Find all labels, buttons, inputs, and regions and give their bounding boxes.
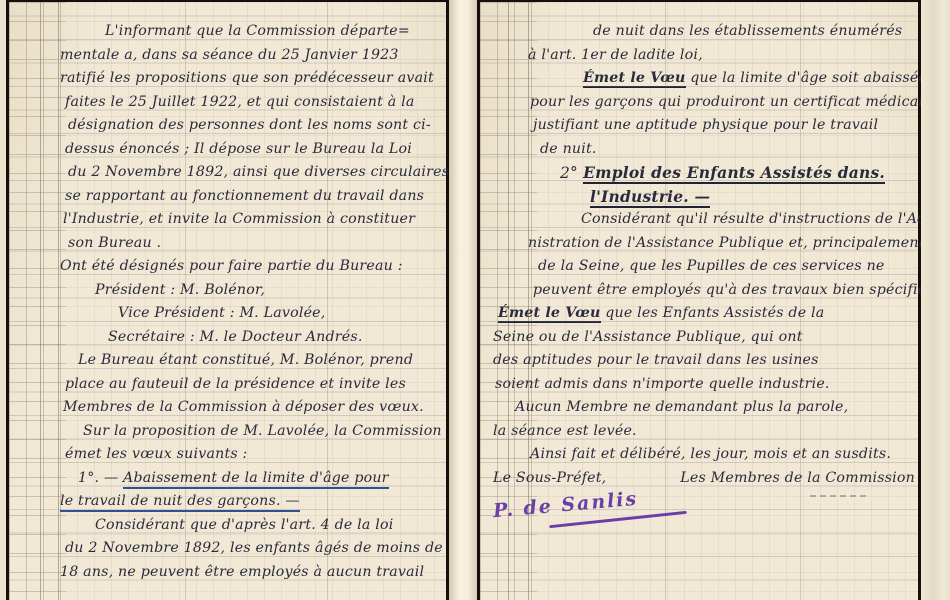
manuscript-line: soient admis dans n'importe quelle indus… [493,373,919,397]
manuscript-line: 2° Emploi des Enfants Assistés dans. [493,161,919,185]
manuscript-line: désignation des personnes dont les noms … [60,114,445,138]
right-page-text: de nuit dans les établissements énumérés… [493,20,919,520]
manuscript-line: Émet le Vœu que les Enfants Assistés de … [493,302,919,326]
right-page: de nuit dans les établissements énumérés… [477,0,921,600]
manuscript-line: du 2 Novembre 1892, les enfants âgés de … [60,537,445,561]
text-segment: peuvent être employés qu'à des travaux b… [533,282,938,298]
manuscript-line: de nuit dans les établissements énumérés [493,20,919,44]
manuscript-line: la séance est levée. [493,420,919,444]
manuscript-line: du 2 Novembre 1892, ainsi que diverses c… [60,161,445,185]
text-segment: la séance est levée. [493,423,637,439]
text-segment: que la limite d'âge soit abaissée [686,70,928,86]
text-segment: l'Industrie, et invite la Commission à c… [63,211,415,227]
manuscript-line: Considérant qu'il résulte d'instructions… [493,208,919,232]
text-segment: de nuit. [540,141,597,157]
text-segment: Le Bureau étant constitué, M. Bolénor, p… [78,352,413,368]
text-segment: que les Enfants Assistés de la [601,305,825,321]
manuscript-line: l'Industrie. — [493,185,919,209]
manuscript-line: faites le 25 Juillet 1922, et qui consis… [60,91,445,115]
text-segment: 18 ans, ne peuvent être employés à aucun… [60,564,424,580]
text-segment: L'informant que la Commission départe= [105,23,410,39]
manuscript-line: 18 ans, ne peuvent être employés à aucun… [60,561,445,585]
text-segment: justifiant une aptitude physique pour le… [533,117,878,133]
text-segment: son Bureau . [68,235,161,251]
text-segment: se rapportant au fonctionnement du trava… [65,188,424,204]
text-segment: dessus énoncés ; Il dépose sur le Bureau… [65,141,412,157]
text-segment: Emploi des Enfants Assistés dans. [583,163,885,184]
manuscript-line: Président : M. Bolénor, [60,279,445,303]
manuscript-line: Membres de la Commission à déposer des v… [60,396,445,420]
manuscript-line: pour les garçons qui produiront un certi… [493,91,919,115]
text-segment: Seine ou de l'Assistance Publique, qui o… [493,329,803,345]
manuscript-line: justifiant une aptitude physique pour le… [493,114,919,138]
text-segment: du 2 Novembre 1892, ainsi que diverses c… [68,164,449,180]
manuscript-line: Ont été désignés pour faire partie du Bu… [60,255,445,279]
text-segment: de nuit dans les établissements énumérés [593,23,902,39]
text-segment: émet les vœux suivants : [65,446,248,462]
manuscript-line: Considérant que d'après l'art. 4 de la l… [60,514,445,538]
manuscript-line: son Bureau . [60,232,445,256]
text-segment: Ont été désignés pour faire partie du Bu… [60,258,403,274]
text-segment: pour les garçons qui produiront un certi… [530,94,923,110]
manuscript-line: Émet le Vœu que la limite d'âge soit aba… [493,67,919,91]
page-gutter [449,0,477,600]
manuscript-line: de nuit. [493,138,919,162]
manuscript-line: Secrétaire : M. le Docteur Andrés. [60,326,445,350]
text-segment: à l'art. 1er de ladite loi, [528,47,703,63]
manuscript-line: peuvent être employés qu'à des travaux b… [493,279,919,303]
manuscript-line: 1°. — Abaissement de la limite d'âge pou… [60,467,445,491]
text-segment: Considérant que d'après l'art. 4 de la l… [95,517,393,533]
text-segment: Considérant qu'il résulte d'instructions… [581,211,950,227]
left-page: L'informant que la Commission départe=me… [6,0,449,600]
text-segment: de la Seine, que les Pupilles de ces ser… [538,258,885,274]
manuscript-line: à l'art. 1er de ladite loi, [493,44,919,68]
manuscript-line: des aptitudes pour le travail dans les u… [493,349,919,373]
text-segment: place au fauteuil de la présidence et in… [65,376,406,392]
text-segment: Les Membres de la Commission [680,467,915,491]
text-segment: mentale a, dans sa séance du 25 Janvier … [60,47,399,63]
text-segment: l'Industrie. — [590,187,710,208]
manuscript-line: mentale a, dans sa séance du 25 Janvier … [60,44,445,68]
manuscript-line: place au fauteuil de la présidence et in… [60,373,445,397]
manuscript-scan: L'informant que la Commission départe=me… [0,0,950,600]
text-segment: du 2 Novembre 1892, les enfants âgés de … [65,540,443,556]
text-segment: nistration de l'Assistance Publique et, … [528,235,925,251]
manuscript-line: se rapportant au fonctionnement du trava… [60,185,445,209]
manuscript-line: dessus énoncés ; Il dépose sur le Bureau… [60,138,445,162]
manuscript-line: Aucun Membre ne demandant plus la parole… [493,396,919,420]
text-segment: ratifié les propositions que son prédéce… [60,70,434,86]
margin-rule [40,2,41,600]
text-segment: 1°. — [78,470,123,486]
text-segment: 2° [560,164,583,182]
manuscript-line: Le Bureau étant constitué, M. Bolénor, p… [60,349,445,373]
text-segment: des aptitudes pour le travail dans les u… [493,352,819,368]
text-segment: le travail de nuit des garçons. — [60,493,300,512]
text-segment: Aucun Membre ne demandant plus la parole… [515,399,848,415]
text-segment: désignation des personnes dont les noms … [68,117,431,133]
text-segment: Le Sous-Préfet, [493,467,606,491]
pencil-dashes [810,495,866,497]
left-page-text: L'informant que la Commission départe=me… [60,20,445,584]
manuscript-line: le travail de nuit des garçons. — [60,490,445,514]
margin-rule [58,2,59,600]
manuscript-line: émet les vœux suivants : [60,443,445,467]
manuscript-line: Sur la proposition de M. Lavolée, la Com… [60,420,445,444]
manuscript-line: Ainsi fait et délibéré, les jour, mois e… [493,443,919,467]
manuscript-line: ratifié les propositions que son prédéce… [60,67,445,91]
text-segment: Secrétaire : M. le Docteur Andrés. [108,329,363,345]
manuscript-line: Le Sous-Préfet,Les Membres de la Commiss… [493,467,919,491]
manuscript-line: de la Seine, que les Pupilles de ces ser… [493,255,919,279]
text-segment: Émet le Vœu [498,305,601,323]
manuscript-line: Vice Président : M. Lavolée, [60,302,445,326]
right-edge-crease [921,0,950,600]
text-segment: Émet le Vœu [583,70,686,88]
manuscript-line: L'informant que la Commission départe= [60,20,445,44]
text-segment: Ainsi fait et délibéré, les jour, mois e… [530,446,891,462]
text-segment: Abaissement de la limite d'âge pour [123,470,389,489]
text-segment: soient admis dans n'importe quelle indus… [495,376,830,392]
text-segment: Membres de la Commission à déposer des v… [63,399,424,415]
text-segment: faites le 25 Juillet 1922, et qui consis… [65,94,415,110]
text-segment: Vice Président : M. Lavolée, [118,305,325,321]
text-segment: Président : M. Bolénor, [95,282,265,298]
manuscript-line: nistration de l'Assistance Publique et, … [493,232,919,256]
text-segment: Sur la proposition de M. Lavolée, la Com… [83,423,442,439]
manuscript-line: l'Industrie, et invite la Commission à c… [60,208,445,232]
manuscript-line: Seine ou de l'Assistance Publique, qui o… [493,326,919,350]
